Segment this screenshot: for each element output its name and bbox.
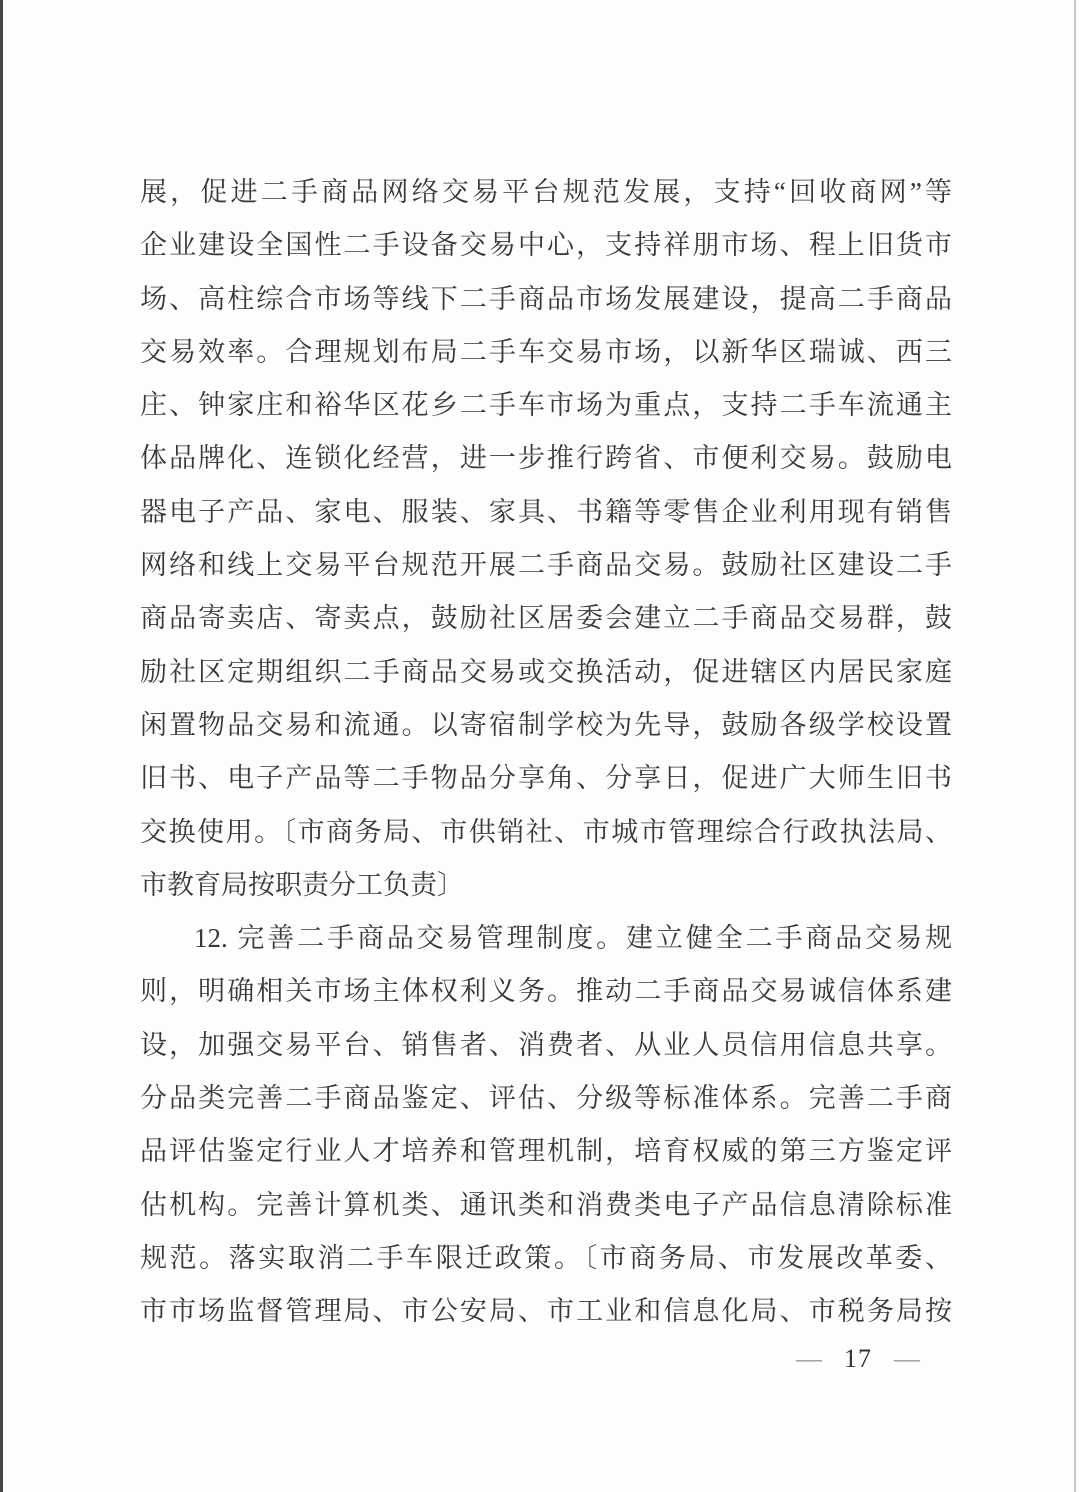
- text-line: 则，明确相关市场主体权利义务。推动二手商品交易诚信体系建: [140, 965, 952, 1018]
- text-line: 闲置物品交易和流通。以寄宿制学校为先导，鼓励各级学校设置: [140, 699, 952, 752]
- text-line: 场、高柱综合市场等线下二手商品市场发展建设，提高二手商品: [140, 273, 952, 326]
- text-line: 市教育局按职责分工负责〕: [140, 859, 952, 912]
- text-line: 旧书、电子产品等二手物品分享角、分享日，促进广大师生旧书: [140, 752, 952, 805]
- text-line: 规范。落实取消二手车限迁政策。〔市商务局、市发展改革委、: [140, 1232, 952, 1285]
- text-line: 器电子产品、家电、服装、家具、书籍等零售企业利用现有销售: [140, 486, 952, 539]
- text-line: 体品牌化、连锁化经营，进一步推行跨省、市便利交易。鼓励电: [140, 432, 952, 485]
- text-line: 12. 完善二手商品交易管理制度。建立健全二手商品交易规: [140, 912, 952, 965]
- text-line: 设，加强交易平台、销售者、消费者、从业人员信用信息共享。: [140, 1019, 952, 1072]
- text-line: 交易效率。合理规划布局二手车交易市场，以新华区瑞诚、西三: [140, 326, 952, 379]
- text-line: 市市场监督管理局、市公安局、市工业和信息化局、市税务局按: [140, 1285, 952, 1338]
- page-number: 17: [844, 1344, 872, 1374]
- text-line: 展，促进二手商品网络交易平台规范发展，支持“回收商网”等: [140, 166, 952, 219]
- document-body-text: 展，促进二手商品网络交易平台规范发展，支持“回收商网”等企业建设全国性二手设备交…: [140, 166, 952, 1339]
- text-line: 交换使用。〔市商务局、市供销社、市城市管理综合行政执法局、: [140, 806, 952, 859]
- page-footer: — 17 —: [796, 1344, 920, 1374]
- text-line: 商品寄卖店、寄卖点，鼓励社区居委会建立二手商品交易群，鼓: [140, 592, 952, 645]
- text-line: 庄、钟家庄和裕华区花乡二手车市场为重点，支持二手车流通主: [140, 379, 952, 432]
- footer-dash-right: —: [894, 1344, 920, 1374]
- text-line: 品评估鉴定行业人才培养和管理机制，培育权威的第三方鉴定评: [140, 1125, 952, 1178]
- text-line: 网络和线上交易平台规范开展二手商品交易。鼓励社区建设二手: [140, 539, 952, 592]
- text-line: 分品类完善二手商品鉴定、评估、分级等标准体系。完善二手商: [140, 1072, 952, 1125]
- page-left-edge: [0, 0, 3, 1492]
- text-line: 估机构。完善计算机类、通讯类和消费类电子产品信息清除标准: [140, 1179, 952, 1232]
- footer-dash-left: —: [796, 1344, 822, 1374]
- text-line: 企业建设全国性二手设备交易中心，支持祥朋市场、程上旧货市: [140, 219, 952, 272]
- text-line: 励社区定期组织二手商品交易或交换活动，促进辖区内居民家庭: [140, 646, 952, 699]
- document-page: 展，促进二手商品网络交易平台规范发展，支持“回收商网”等企业建设全国性二手设备交…: [0, 0, 1080, 1492]
- page-right-edge: [1074, 0, 1076, 1492]
